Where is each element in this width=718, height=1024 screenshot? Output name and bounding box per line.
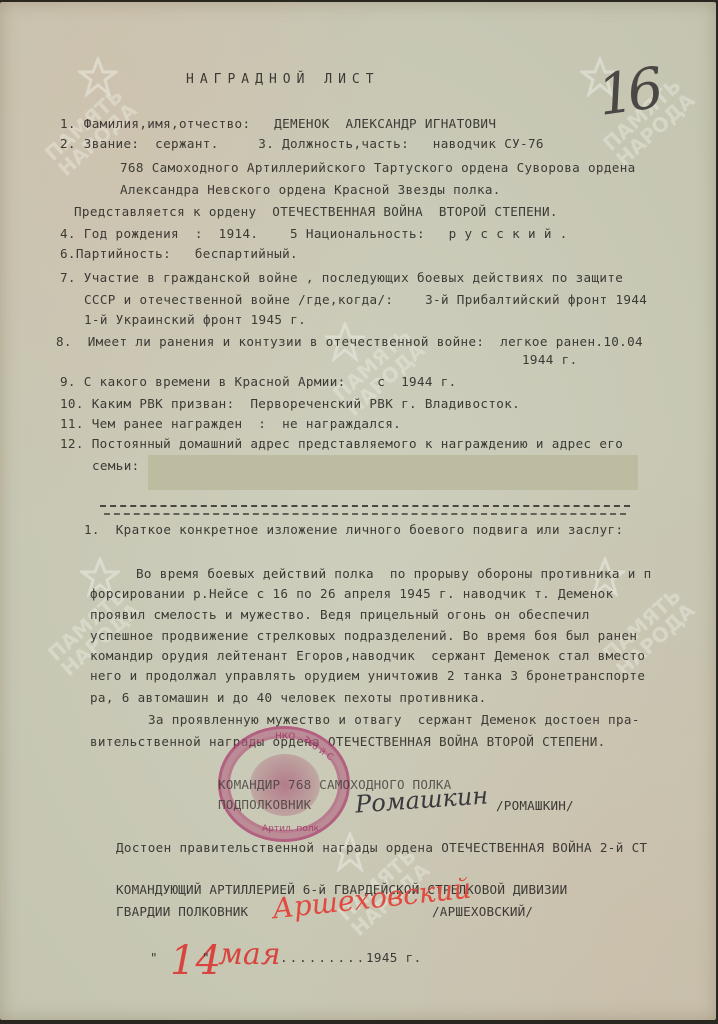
- feat-line: проявил смелость и мужество. Ведя прицел…: [90, 607, 590, 623]
- date-year: 1945 г.: [366, 950, 422, 966]
- feat-line: За проявленную мужество и отвагу сержант…: [148, 712, 640, 728]
- feat-line: форсировании р.Нейсе с 16 по 26 апреля 1…: [90, 586, 614, 602]
- approval-line: Достоен правительственной награды ордена…: [116, 840, 647, 856]
- award-sheet-page: ПАМЯТЬ НАРОДА ПАМЯТЬ НАРОДА ПАМЯТЬ НАРОД…: [0, 2, 716, 1020]
- feat-line: вительственной награды ордена ОТЕЧЕСТВЕН…: [90, 734, 606, 750]
- field-wounds-year: 1944 г.: [522, 352, 578, 368]
- commander-name: /РОМАШКИН/: [496, 798, 574, 814]
- handwritten-sheet-number: 16: [594, 56, 662, 129]
- field-birth-year-nationality: 4. Год рождения : 1914. 5 Национальность…: [60, 226, 568, 242]
- field-red-army-since: 9. С какого времени в Красной Армии: с 1…: [60, 374, 457, 390]
- stamp-top-text: НКО: [275, 732, 295, 742]
- feat-line: ра, 6 автомашин и до 40 человек пехоты п…: [90, 690, 487, 706]
- field-combat-participation-2: СССР и отечественной войне /где,когда/: …: [84, 292, 647, 308]
- field-combat-participation-1: 7. Участие в гражданской войне , последу…: [60, 270, 623, 286]
- field-unit-line-2: Александра Невского ордена Красной Звезд…: [120, 182, 501, 198]
- field-combat-participation-3: 1-й Украинский фронт 1945 г.: [84, 312, 306, 328]
- feat-line: Во время боевых действий полка по прорыв…: [136, 566, 652, 582]
- document-title: НАГРАДНОЙ ЛИСТ: [186, 72, 380, 88]
- field-previous-awards: 11. Чем ранее награжден : не награждался…: [60, 416, 401, 432]
- date-dots: ..........: [280, 950, 376, 966]
- commander-title-2: ПОДПОЛКОВНИК: [218, 797, 311, 813]
- redacted-address-block: [148, 455, 638, 490]
- field-presented-to-award: Представляется к ордену ОТЕЧЕСТВЕННАЯ ВО…: [74, 204, 558, 220]
- artillery-commander-name: /АРШЕХОВСКИЙ/: [432, 904, 533, 920]
- field-rank-position: 2. Звание: сержант. 3. Должность,часть: …: [60, 136, 544, 152]
- feat-line: него и продолжал управлять орудием уничт…: [90, 668, 645, 684]
- dashed-separator: [104, 513, 626, 515]
- feat-line: успешное продвижение стрелковых подразде…: [90, 628, 637, 644]
- feat-line: командир орудия лейтенант Егоров,наводчи…: [90, 648, 645, 664]
- field-party-membership: 6.Партийность: беспартийный.: [60, 246, 298, 262]
- field-unit-line-1: 768 Самоходного Артиллерийского Тартуско…: [120, 160, 636, 176]
- watermark-star-icon: [78, 57, 118, 97]
- date-month-handwritten: мая: [218, 937, 281, 972]
- field-home-address-label: 12. Постоянный домашний адрес представля…: [60, 436, 623, 452]
- feat-heading: 1. Краткое конкретное изложение личного …: [84, 522, 623, 538]
- field-full-name: 1. Фамилия,имя,отчество: ДЕМЕНОК АЛЕКСАН…: [60, 116, 496, 132]
- date-day-handwritten: 14: [170, 938, 221, 984]
- field-wounds: 8. Имеет ли ранения и контузии в отечест…: [56, 334, 643, 350]
- stamp-bottom-text: Артил. полк: [262, 824, 319, 834]
- artillery-commander-title-2: ГВАРДИИ ПОЛКОВНИК: [116, 904, 248, 920]
- field-family-label: семьи:: [92, 458, 140, 474]
- date-quote-close: ": [202, 950, 210, 966]
- date-quote-open: ": [150, 950, 158, 966]
- field-draft-office: 10. Каким РВК призван: Первореченский РВ…: [60, 396, 520, 412]
